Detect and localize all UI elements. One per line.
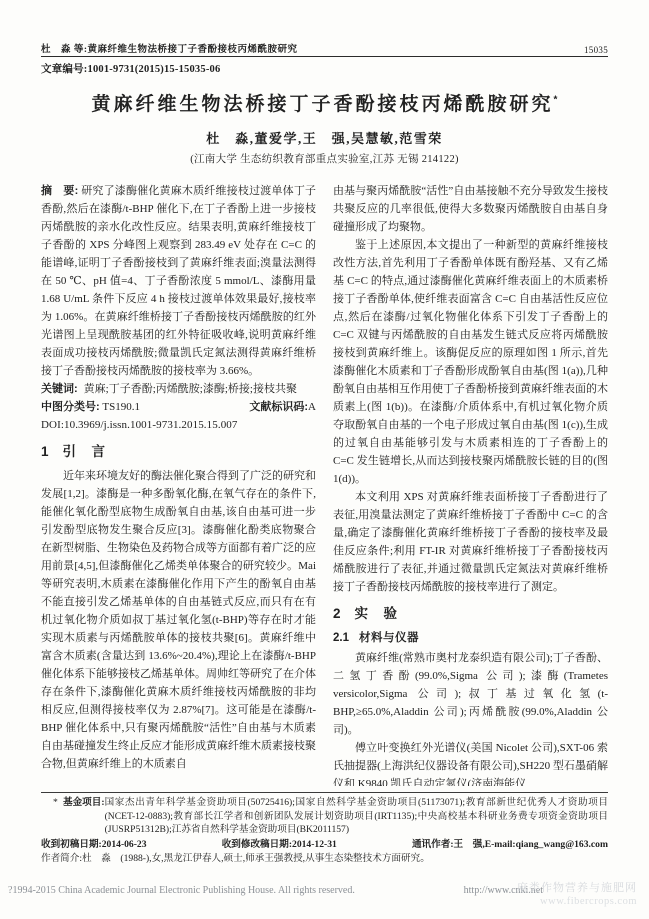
clc-value: TS190.1: [102, 401, 140, 413]
watermark-site-url: www.fibercrops.com: [517, 895, 637, 908]
fund-label: 基金项目:: [63, 796, 105, 837]
clc-label: 中图分类号:: [41, 401, 100, 413]
copyright-text: ?1994-2015 China Academic Journal Electr…: [8, 885, 355, 896]
intro-paragraph-continued: 由基与聚丙烯酰胺“活性”自由基接触不充分导致发生接枝共聚反应的几率很低,使得大多…: [333, 182, 608, 236]
watermark: 麻类作物营养与施肥网 www.fibercrops.com: [517, 882, 637, 908]
author-bio: 作者简介:杜 淼 (1988-),女,黑龙江伊春人,硕士,师承王强教授,从事生态…: [41, 852, 608, 866]
keywords-text: 黄麻;丁子香酚;丙烯酰胺;漆酶;桥接;接枝共聚: [84, 380, 316, 398]
intro-paragraph-3: 本文利用 XPS 对黄麻纤维表面桥接丁子香酚进行了表征,用溴量法测定了黄麻纤维桥…: [333, 488, 608, 596]
keywords-label: 关键词:: [41, 380, 78, 398]
materials-paragraph-2: 傅立叶变换红外光谱仪(美国 Nicolet 公司),SXT-06 索氏抽提器(上…: [333, 739, 608, 786]
paper-page: 杜 淼 等:黄麻纤维生物法桥接丁子香酚接枝丙烯酰胺研究 15035 文章编号:1…: [0, 0, 649, 919]
section-2-1-heading: 2.1材料与仪器: [333, 629, 608, 647]
footnote-star: *: [53, 796, 63, 837]
header-rule: [41, 56, 608, 57]
section-2-1-title: 材料与仪器: [359, 632, 419, 644]
running-title: 杜 淼 等:黄麻纤维生物法桥接丁子香酚接枝丙烯酰胺研究: [41, 41, 298, 55]
received-date: 收到初稿日期:2014-06-23: [41, 838, 147, 852]
watermark-site-name: 麻类作物营养与施肥网: [517, 882, 637, 895]
abstract-label: 摘 要:: [41, 185, 78, 197]
section-2-heading: 2实 验: [333, 605, 608, 623]
clc-pair: 中图分类号: TS190.1: [41, 398, 140, 416]
title-footnote-mark: *: [554, 95, 558, 106]
left-column: 摘 要: 研究了漆酶催化黄麻木质纤维接枝过渡单体丁子香酚,然后在漆酶/t-BHP…: [41, 182, 316, 786]
affiliation-line: (江南大学 生态纺织教育部重点实验室,江苏 无锡 214122): [0, 151, 649, 166]
intro-paragraph-2: 鉴于上述原因,本文提出了一种新型的黄麻纤维接枝改性方法,首先利用丁子香酚单体既有…: [333, 236, 608, 488]
abstract-paragraph: 摘 要: 研究了漆酶催化黄麻木质纤维接枝过渡单体丁子香酚,然后在漆酶/t-BHP…: [41, 182, 316, 380]
doc-code-value: A: [308, 401, 316, 413]
fund-text: 国家杰出青年科学基金资助项目(50725416);国家自然科学基金资助项目(51…: [105, 796, 608, 837]
page-number: 15035: [584, 45, 608, 55]
footnote-rule: [41, 792, 608, 793]
section-2-number: 2: [333, 606, 341, 621]
paper-title: 黄麻纤维生物法桥接丁子香酚接枝丙烯酰胺研究*: [0, 89, 649, 116]
right-column: 由基与聚丙烯酰胺“活性”自由基接触不充分导致发生接枝共聚反应的几率很低,使得大多…: [333, 182, 608, 786]
materials-paragraph-1: 黄麻纤维(常熟市奥村龙泰织造有限公司);丁子香酚、二氢丁香酚(99.0%,Sig…: [333, 649, 608, 739]
body-columns: 摘 要: 研究了漆酶催化黄麻木质纤维接枝过渡单体丁子香酚,然后在漆酶/t-BHP…: [41, 182, 608, 786]
doi-line: DOI:10.3969/j.issn.1001-9731.2015.15.007: [41, 416, 316, 434]
corresponding-author: 通讯作者:王 强,E-mail:qiang_wang@163.com: [412, 838, 608, 852]
section-1-title: 引 言: [63, 444, 107, 459]
section-1-heading: 1引 言: [41, 443, 316, 461]
authors-line: 杜 淼,董爱学,王 强,吴慧敏,范雪荣: [0, 128, 649, 147]
doc-code-label: 文献标识码:: [249, 401, 308, 413]
intro-paragraph-left: 近年来环境友好的酶法催化聚合得到了广泛的研究和发展[1,2]。漆酶是一种多酚氧化…: [41, 467, 316, 773]
section-2-title: 实 验: [355, 606, 399, 621]
classification-row: 中图分类号: TS190.1 文献标识码:A: [41, 398, 316, 416]
doc-code-pair: 文献标识码:A: [249, 398, 316, 416]
running-head: 杜 淼 等:黄麻纤维生物法桥接丁子香酚接枝丙烯酰胺研究 15035: [41, 41, 608, 55]
section-1-number: 1: [41, 444, 49, 459]
article-number: 文章编号:1001-9731(2015)15-15035-06: [41, 61, 220, 76]
keywords-row: 关键词: 黄麻;丁子香酚;丙烯酰胺;漆酶;桥接;接枝共聚: [41, 380, 316, 398]
footnote-block: * 基金项目: 国家杰出青年科学基金资助项目(50725416);国家自然科学基…: [41, 796, 608, 866]
dates-row: 收到初稿日期:2014-06-23 收到修改稿日期:2014-12-31 通讯作…: [41, 838, 608, 852]
paper-title-text: 黄麻纤维生物法桥接丁子香酚接枝丙烯酰胺研究: [92, 94, 554, 115]
fund-note: * 基金项目: 国家杰出青年科学基金资助项目(50725416);国家自然科学基…: [41, 796, 608, 837]
section-2-1-number: 2.1: [333, 632, 349, 644]
revised-date: 收到修改稿日期:2014-12-31: [222, 838, 337, 852]
abstract-text: 研究了漆酶催化黄麻木质纤维接枝过渡单体丁子香酚,然后在漆酶/t-BHP 催化下,…: [41, 185, 316, 377]
